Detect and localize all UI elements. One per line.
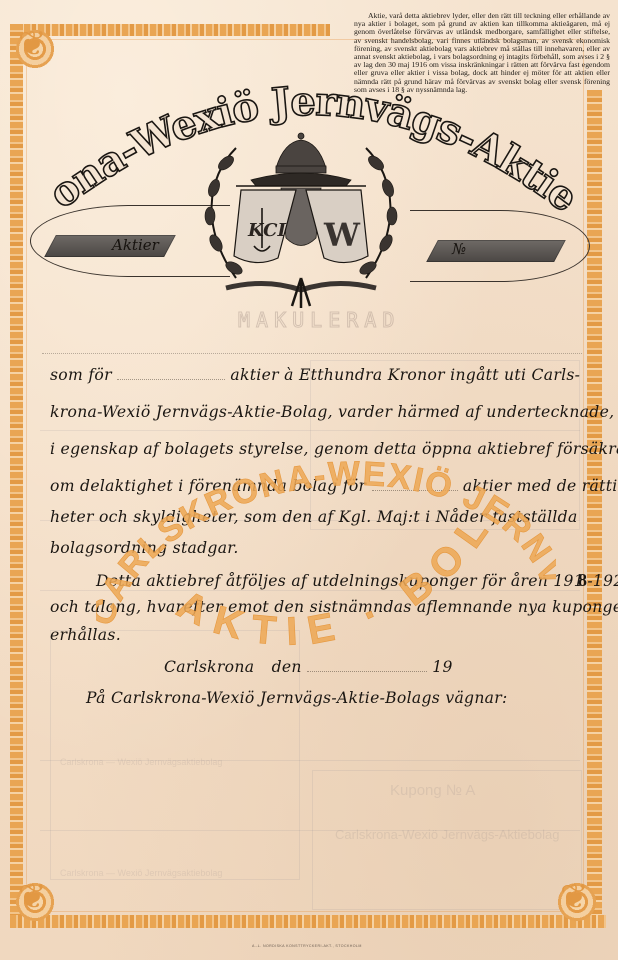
body-line-7: Detta aktiebref åtföljes af utdelningsku…: [96, 570, 618, 591]
border-left: [10, 24, 23, 928]
svg-text:KCI: KCI: [247, 220, 286, 241]
aktier-label: Aktier: [112, 236, 159, 254]
svg-text:W: W: [323, 216, 361, 254]
crown-icon: [251, 133, 351, 186]
corner-ornament-icon: [8, 875, 62, 929]
body-line-8: och talong, hvarefter emot den sistnämnd…: [50, 598, 618, 616]
body-line-1: som för aktier à Etthundra Kronor ingått…: [50, 366, 580, 384]
body-line-4: om delaktighet i förenämnda bolag för ak…: [50, 477, 618, 495]
number-label: №: [452, 240, 466, 258]
shares-count-blank-2: [372, 490, 458, 491]
border-bottom: [10, 915, 606, 928]
handwritten-year-digit: 8: [578, 570, 587, 590]
header-divider: [42, 353, 582, 354]
body-line-5: heter och skyldigheter, som den af Kgl. …: [50, 508, 578, 526]
body-line-2: krona-Wexiö Jernvägs-Aktie-Bolag, varder…: [50, 403, 614, 421]
shares-count-blank: [117, 379, 225, 380]
number-banner: [426, 240, 566, 262]
corner-ornament-icon: [550, 875, 604, 929]
right-shield-icon: W: [306, 190, 368, 263]
body-line-9: erhållas.: [50, 626, 121, 644]
place-date-line: Carlskrona den 19: [164, 658, 453, 676]
border-right: [587, 90, 602, 928]
left-shield-icon: KCI: [234, 190, 296, 263]
coat-of-arms: KCI W: [196, 128, 406, 310]
printer-imprint: A.-L. NORDISKA KONSTTRYCKERI-AKT., STOCK…: [252, 944, 362, 948]
body-line-3: i egenskap af bolagets styrelse, genom d…: [50, 440, 618, 458]
cancelled-perforation-stamp: MAKULERAD: [238, 308, 400, 332]
signature-line: På Carlskrona-Wexiö Jernvägs-Aktie-Bolag…: [86, 689, 508, 707]
date-blank: [307, 671, 427, 672]
body-line-6: bolagsordning stadgar.: [50, 539, 239, 557]
